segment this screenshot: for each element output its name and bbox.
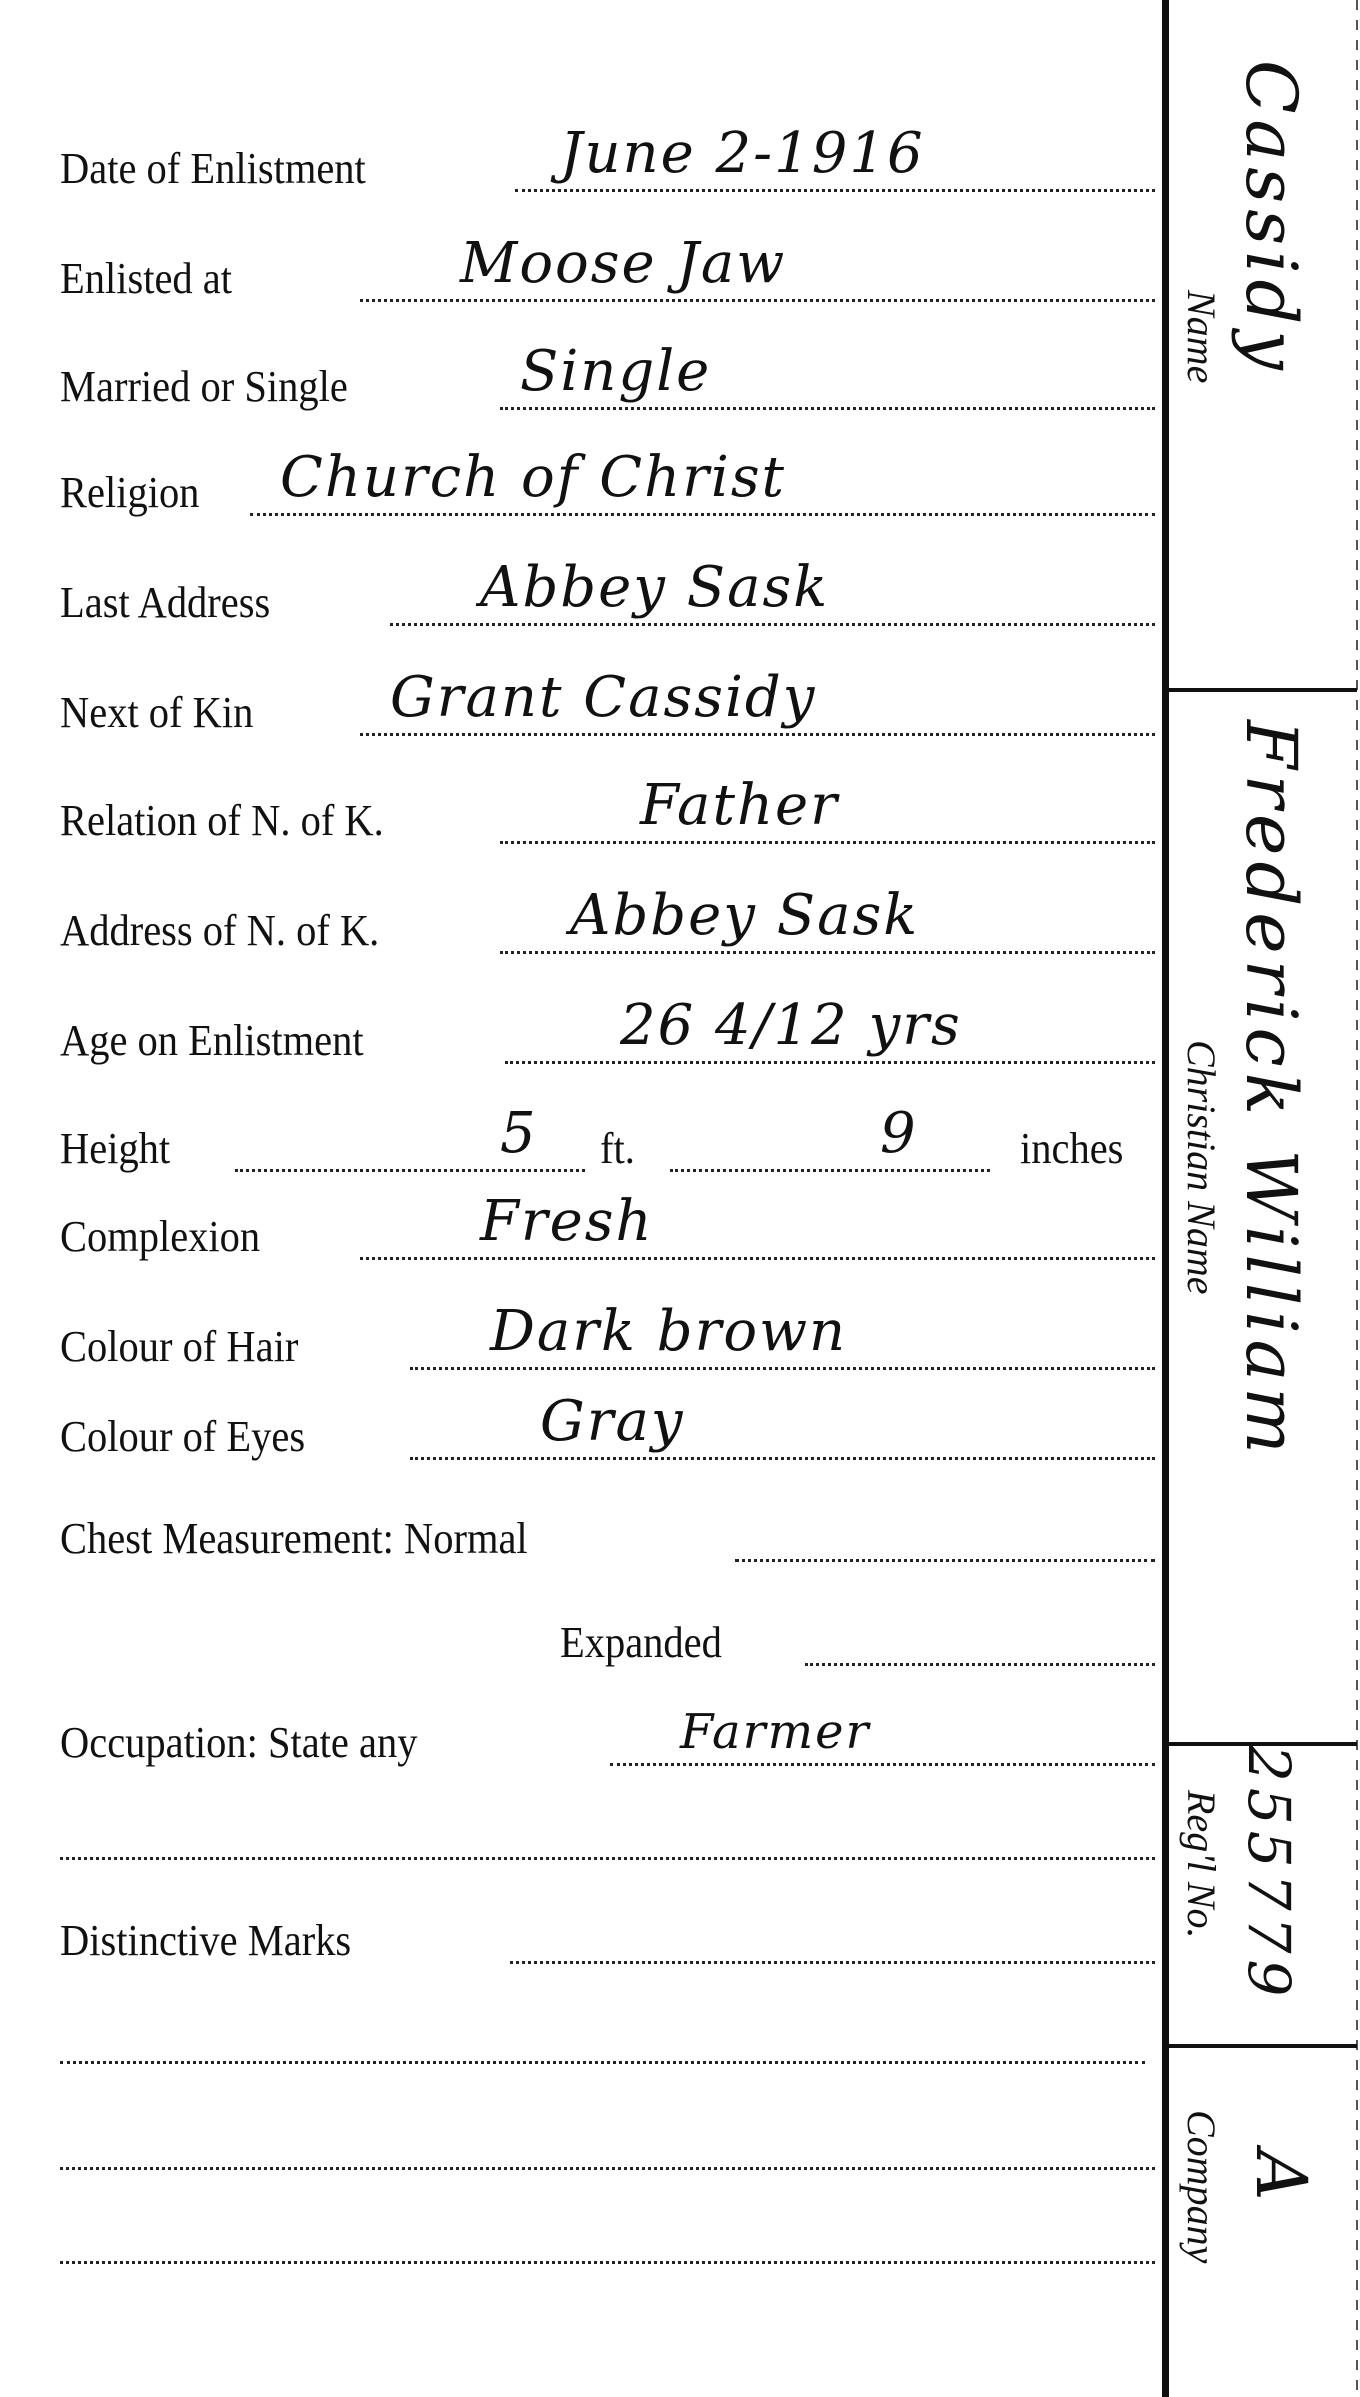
dotted-line bbox=[410, 1457, 1155, 1460]
divider bbox=[1165, 688, 1357, 692]
field-age-on-enlistment: Age on Enlistment 26 4/12 yrs bbox=[60, 1012, 1155, 1072]
field-last-address: Last Address Abbey Sask bbox=[60, 574, 1155, 634]
distinctive-marks-line-3 bbox=[60, 2118, 1155, 2178]
regt-no-label: Reg'l No. bbox=[1178, 1790, 1225, 1939]
feet-unit-label: ft. bbox=[600, 1123, 635, 1174]
field-label: Age on Enlistment bbox=[60, 1015, 364, 1066]
field-value: Father bbox=[640, 773, 839, 838]
page-edge bbox=[1356, 0, 1358, 2397]
sidebar-border bbox=[1162, 0, 1169, 2397]
field-next-of-kin: Next of Kin Grant Cassidy bbox=[60, 684, 1155, 744]
field-label: Address of N. of K. bbox=[60, 905, 379, 956]
field-height: Height 5 ft. 9 inches bbox=[60, 1120, 1155, 1180]
field-label: Expanded bbox=[560, 1617, 722, 1668]
dotted-line bbox=[250, 513, 1155, 516]
field-colour-of-hair: Colour of Hair Dark brown bbox=[60, 1318, 1155, 1378]
company-value: A bbox=[1240, 2150, 1322, 2207]
field-label: Occupation: State any bbox=[60, 1717, 417, 1768]
dotted-line bbox=[500, 407, 1155, 410]
field-value: Church of Christ bbox=[280, 445, 786, 510]
field-label: Next of Kin bbox=[60, 687, 253, 738]
dotted-line bbox=[360, 733, 1155, 736]
field-value: Single bbox=[520, 339, 711, 404]
field-label: Complexion bbox=[60, 1211, 260, 1262]
field-occupation: Occupation: State any Farmer bbox=[60, 1714, 1155, 1774]
field-label: Distinctive Marks bbox=[60, 1915, 351, 1966]
dotted-line bbox=[500, 841, 1155, 844]
dotted-line bbox=[610, 1763, 1155, 1766]
height-inches-value: 9 bbox=[880, 1101, 918, 1166]
field-chest-normal: Chest Measurement: Normal bbox=[60, 1510, 1155, 1570]
dotted-line bbox=[735, 1559, 1155, 1562]
dotted-line bbox=[515, 189, 1155, 192]
field-relation-of-nok: Relation of N. of K. Father bbox=[60, 792, 1155, 852]
field-value: Dark brown bbox=[490, 1299, 847, 1364]
dotted-line bbox=[235, 1169, 585, 1172]
field-value: Abbey Sask bbox=[570, 883, 919, 948]
dotted-line bbox=[500, 951, 1155, 954]
field-label: Enlisted at bbox=[60, 253, 232, 304]
field-value: Moose Jaw bbox=[460, 231, 786, 296]
field-married-or-single: Married or Single Single bbox=[60, 358, 1155, 418]
field-value: Abbey Sask bbox=[480, 555, 829, 620]
field-label: Religion bbox=[60, 467, 199, 518]
distinctive-marks-line-2 bbox=[60, 2012, 1155, 2072]
name-label: Name bbox=[1178, 290, 1225, 383]
inches-unit-label: inches bbox=[1020, 1123, 1123, 1174]
field-value: 26 4/12 yrs bbox=[620, 993, 962, 1058]
dotted-line bbox=[360, 1257, 1155, 1260]
christian-name-value: Frederick William bbox=[1230, 720, 1312, 1460]
field-colour-of-eyes: Colour of Eyes Gray bbox=[60, 1408, 1155, 1468]
field-label: Date of Enlistment bbox=[60, 143, 366, 194]
field-label: Married or Single bbox=[60, 361, 348, 412]
field-complexion: Complexion Fresh bbox=[60, 1208, 1155, 1268]
dotted-line bbox=[360, 299, 1155, 302]
field-value: Grant Cassidy bbox=[390, 665, 816, 730]
field-label: Height bbox=[60, 1123, 170, 1174]
occupation-continuation-line bbox=[60, 1808, 1155, 1868]
field-chest-expanded: Expanded bbox=[60, 1614, 1155, 1674]
height-feet-value: 5 bbox=[500, 1101, 538, 1166]
field-label: Chest Measurement: Normal bbox=[60, 1513, 528, 1564]
field-label: Relation of N. of K. bbox=[60, 795, 384, 846]
field-value: June 2-1916 bbox=[560, 121, 925, 186]
dotted-line bbox=[60, 2061, 1145, 2064]
field-label: Colour of Eyes bbox=[60, 1411, 305, 1462]
dotted-line bbox=[60, 2167, 1155, 2170]
field-distinctive-marks: Distinctive Marks bbox=[60, 1912, 1155, 1972]
dotted-line bbox=[410, 1367, 1155, 1370]
dotted-line bbox=[60, 2261, 1155, 2264]
dotted-line bbox=[805, 1663, 1155, 1666]
field-value: Fresh bbox=[480, 1189, 654, 1254]
regt-no-value: 255779 bbox=[1235, 1745, 1303, 2002]
field-religion: Religion Church of Christ bbox=[60, 464, 1155, 524]
field-date-of-enlistment: Date of Enlistment June 2-1916 bbox=[60, 140, 1155, 200]
dotted-line bbox=[510, 1961, 1155, 1964]
distinctive-marks-line-4 bbox=[60, 2212, 1155, 2272]
divider bbox=[1165, 2044, 1357, 2048]
dotted-line bbox=[390, 623, 1155, 626]
field-label: Last Address bbox=[60, 577, 270, 628]
dotted-line bbox=[505, 1061, 1155, 1064]
company-label: Company bbox=[1178, 2110, 1225, 2263]
dotted-line bbox=[60, 1857, 1155, 1860]
field-value: Farmer bbox=[680, 1704, 870, 1760]
christian-name-label: Christian Name bbox=[1178, 1040, 1225, 1294]
field-enlisted-at: Enlisted at Moose Jaw bbox=[60, 250, 1155, 310]
name-value: Cassidy bbox=[1230, 60, 1312, 376]
field-address-of-nok: Address of N. of K. Abbey Sask bbox=[60, 902, 1155, 962]
field-label: Colour of Hair bbox=[60, 1321, 298, 1372]
field-value: Gray bbox=[540, 1389, 685, 1454]
dotted-line bbox=[670, 1169, 990, 1172]
